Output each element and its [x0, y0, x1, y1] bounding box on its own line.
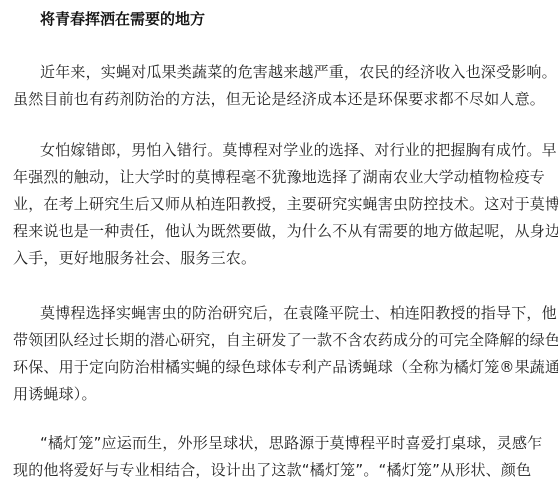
paragraph-line: 业，在考上研究生后又师从柏连阳教授，主要研究实蝇害虫防控技术。这对于莫博 — [13, 191, 543, 218]
paragraph-3: 莫博程选择实蝇害虫的防治研究后，在袁隆平院士、柏连阳教授的指导下，他 带领团队经… — [13, 300, 543, 408]
paragraph-line: 程来说也是一种责任，他认为既然要做，为什么不从有需要的地方做起呢，从身边 — [13, 218, 543, 245]
paragraph-line: 带领团队经过长期的潜心研究，自主研发了一款不含农药成分的可完全降解的绿色 — [13, 327, 543, 354]
paragraph-line: 莫博程选择实蝇害虫的防治研究后，在袁隆平院士、柏连阳教授的指导下，他 — [13, 300, 543, 327]
paragraph-line: 现的他将爱好与专业相结合，设计出了这款“橘灯笼”。“橘灯笼”从形状、颜色 — [13, 457, 543, 484]
paragraph-1: 近年来，实蝇对瓜果类蔬菜的危害越来越严重，农民的经济收入也深受影响。 虽然目前也… — [13, 59, 543, 113]
paragraph-line: 用诱蝇球）。 — [13, 381, 543, 408]
paragraph-line: 年强烈的触动，让大学时的莫博程毫不犹豫地选择了湖南农业大学动植物检疫专 — [13, 164, 543, 191]
paragraph-4: “橘灯笼”应运而生，外形呈球状，思路源于莫博程平时喜爱打桌球，灵感乍 现的他将爱… — [13, 430, 543, 484]
paragraph-line: 女怕嫁错郎，男怕入错行。莫博程对学业的选择、对行业的把握胸有成竹。早 — [13, 137, 543, 164]
paragraph-line: 近年来，实蝇对瓜果类蔬菜的危害越来越严重，农民的经济收入也深受影响。 — [13, 59, 543, 86]
article-title: 将青春挥洒在需要的地方 — [40, 8, 205, 30]
paragraph-line: 环保、用于定向防治柑橘实蝇的绿色球体专利产品诱蝇球（全称为橘灯笼®果蔬通 — [13, 354, 543, 381]
paragraph-line: “橘灯笼”应运而生，外形呈球状，思路源于莫博程平时喜爱打桌球，灵感乍 — [13, 430, 543, 457]
paragraph-line: 入手，更好地服务社会、服务三农。 — [13, 245, 543, 272]
paragraph-line: 虽然目前也有药剂防治的方法，但无论是经济成本还是环保要求都不尽如人意。 — [13, 86, 543, 113]
paragraph-2: 女怕嫁错郎，男怕入错行。莫博程对学业的选择、对行业的把握胸有成竹。早 年强烈的触… — [13, 137, 543, 272]
